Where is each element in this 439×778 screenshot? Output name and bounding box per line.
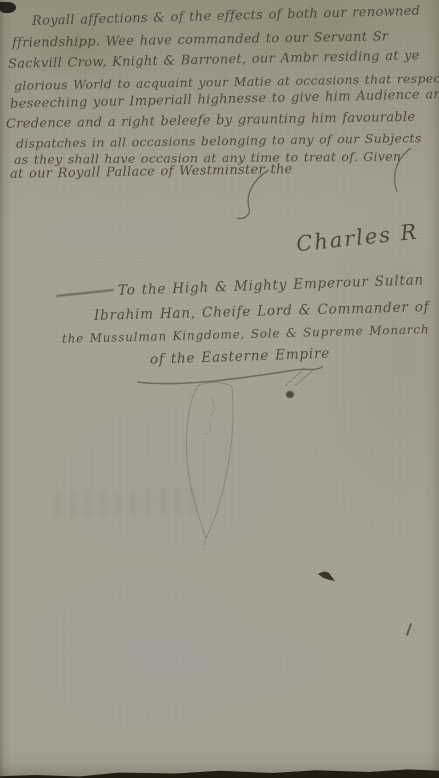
page-bottom-edge-shadow [0,766,439,778]
manuscript-scan: Royall affections & of the effects of bo… [0,0,439,778]
body-text-line: ffriendshipp. Wee have commanded to our … [12,29,389,51]
edge-ink-stroke [406,623,412,636]
royal-signature: Charles R [295,220,419,257]
address-flourish-dash [56,289,114,297]
ink-dot [286,391,294,398]
address-line: Ibrahim Han, Cheife Lord & Commander of [94,299,430,324]
cool-toned-stain [30,200,210,260]
bleed-through-smudge [55,487,206,518]
body-text-line: Credence and a right beleefe by grauntin… [6,110,416,132]
body-text-line: dispatches in all occasions belonging to… [16,130,422,151]
ink-check-mark [316,568,338,584]
body-text-line: Sackvill Crow, Knight & Barronet, our Am… [8,48,420,72]
cool-toned-stain [100,620,340,710]
address-line: To the High & Mighty Emperour Sultan [118,272,425,299]
pen-swash-flourish [385,146,415,196]
faint-shield-outline [172,378,252,548]
corner-ink-blot [0,2,16,13]
pen-swash-flourish [235,168,275,223]
address-line: the Mussulman Kingdome, Sole & Supreme M… [62,322,430,346]
body-text-line: Royall affections & of the effects of bo… [32,4,421,29]
